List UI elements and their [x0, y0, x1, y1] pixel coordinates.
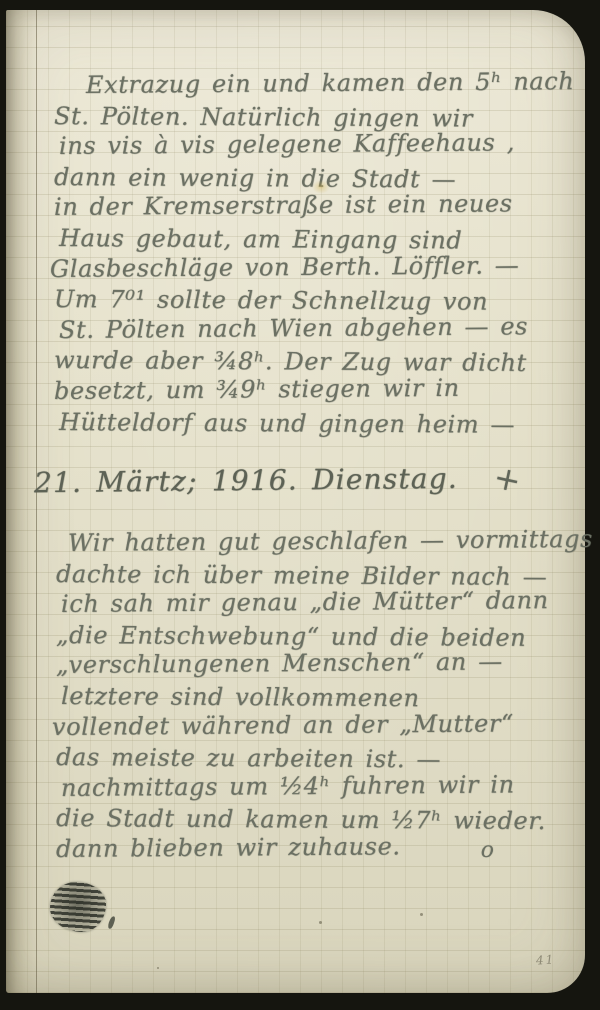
ink-blot-tail [107, 916, 116, 930]
handwriting-line: vollendet während an der „Mutter“ [52, 708, 566, 743]
cross-mark: + [490, 458, 524, 501]
paper-speck [157, 967, 159, 969]
handwriting-line: nachmittags um ½4ʰ fuhren wir in [61, 769, 566, 804]
diary-date-heading: 21. Märtz; 1916. Dienstag. + [34, 460, 521, 498]
scanned-notebook-photo: Extrazug ein und kamen den 5ʰ nachSt. Pö… [0, 0, 600, 1010]
binding-gutter-shadow [6, 10, 37, 993]
diary-entry-paragraph-2: o Wir hatten gut geschlafen — vormittags… [56, 528, 566, 865]
handwriting-line: Wir hatten gut geschlafen — vormittags [68, 524, 566, 559]
handwriting-line: in der Kremserstraße ist ein neues [54, 188, 564, 223]
handwriting-line: besetzt, um ¾9ʰ stiegen wir in [54, 372, 564, 407]
notebook-page: Extrazug ein und kamen den 5ʰ nachSt. Pö… [6, 10, 585, 993]
paper-speck [420, 913, 423, 916]
handwriting-line: ich sah mir genau „die Mütter“ dann [61, 585, 566, 620]
handwriting-line: Glasbeschläge von Berth. Löffler. — [50, 250, 564, 285]
handwriting-line: „verschlungenen Menschen“ an — [56, 646, 566, 681]
paper-speck [319, 921, 322, 924]
page-number: 41 [535, 952, 555, 967]
ink-blot-mark [50, 882, 106, 932]
handwriting-line: ins vis à vis gelegene Kaffeehaus , [59, 127, 564, 162]
handwriting-line: Hütteldorf aus und gingen heim — [59, 407, 564, 441]
handwriting-line: St. Pölten nach Wien abgehen — es [59, 311, 564, 346]
date-text: 21. Märtz; 1916. Dienstag. [34, 462, 458, 499]
diary-entry-paragraph-1: Extrazug ein und kamen den 5ʰ nachSt. Pö… [54, 70, 564, 437]
handwriting-line: Extrazug ein und kamen den 5ʰ nach [86, 66, 564, 100]
handwriting-line: dann blieben wir zuhause. [56, 830, 566, 865]
